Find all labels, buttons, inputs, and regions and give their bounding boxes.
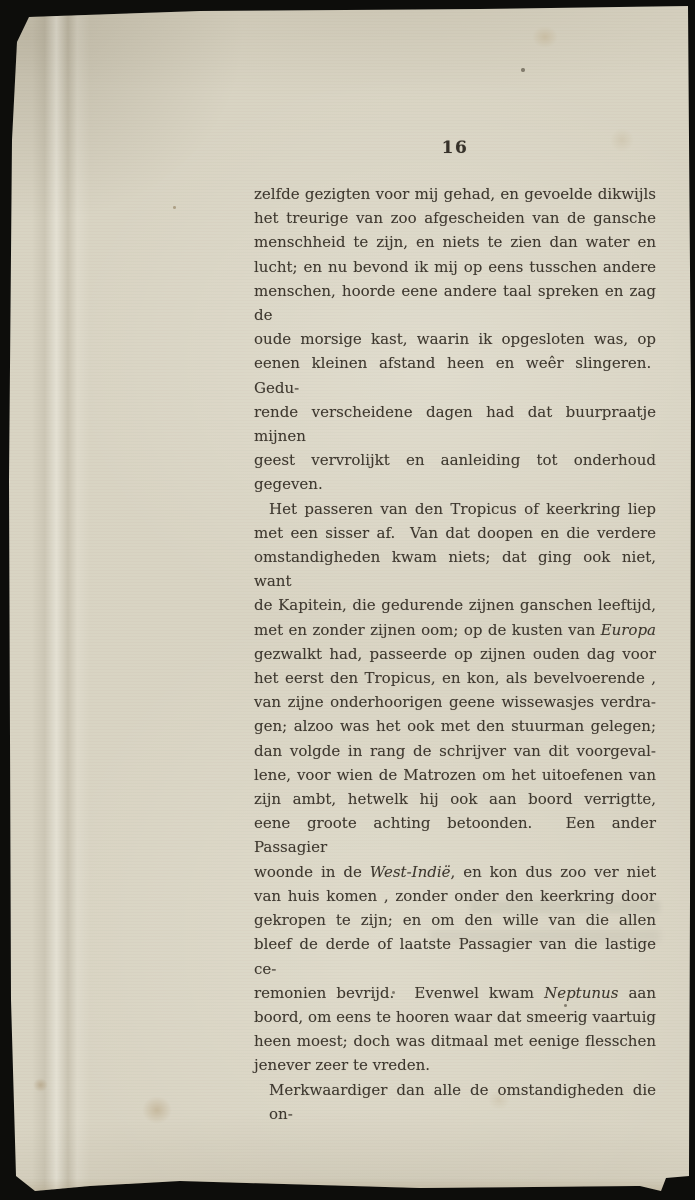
text-line: remonien bevrijd. Evenwel kwam Neptunus …: [254, 981, 656, 1005]
text-line: rende verscheidene dagen had dat buurpra…: [254, 400, 656, 448]
binding-crease: [32, 0, 90, 1200]
text-line: omstandigheden kwam niets; dat ging ook …: [254, 545, 656, 593]
text-line: zijn ambt, hetwelk hij ook aan boord ver…: [254, 787, 656, 811]
text-line: bleef de derde of laatste Passagier van …: [254, 932, 656, 980]
paper-stain: [532, 26, 558, 48]
text-line: met een sisser af. Van dat doopen en die…: [254, 521, 656, 545]
text-line: gen; alzoo was het ook met den stuurman …: [254, 714, 656, 738]
text-line: eenen kleinen afstand heen en weêr sling…: [254, 351, 656, 399]
text-line: lucht; en nu bevond ik mij op eens tussc…: [254, 255, 656, 279]
paper-speck: [521, 68, 525, 72]
text-line: met en zonder zijnen oom; op de kusten v…: [254, 618, 656, 642]
text-line: zelfde gezigten voor mij gehad, en gevoe…: [254, 182, 656, 206]
text-line: Merkwaardiger dan alle de omstandigheden…: [254, 1078, 656, 1126]
text-line: heen moest; doch was ditmaal met eenige …: [254, 1029, 656, 1053]
text-line: dan volgde in rang de schrijver van dit …: [254, 739, 656, 763]
text-line: boord, om eens te hooren waar dat smeeri…: [254, 1005, 656, 1029]
paper-speck: [173, 206, 176, 209]
text-line: oude morsige kast, waarin ik opgesloten …: [254, 327, 656, 351]
paper-stain: [33, 1078, 48, 1092]
text-line: van huis komen , zonder onder den keerkr…: [254, 884, 656, 908]
text-line: menschen, hoorde eene andere taal spreke…: [254, 279, 656, 327]
text-line: Het passeren van den Tropicus of keerkri…: [254, 497, 656, 521]
text-line: gezwalkt had, passeerde op zijnen ouden …: [254, 642, 656, 666]
text-lines: zelfde gezigten voor mij gehad, en gevoe…: [254, 182, 656, 1126]
page-number: 16: [254, 138, 656, 158]
text-line: menschheid te zijn, en niets te zien dan…: [254, 230, 656, 254]
text-line: geest vervrolijkt en aanleiding tot onde…: [254, 448, 656, 496]
text-line: het eerst den Tropicus, en kon, als beve…: [254, 666, 656, 690]
text-line: woonde in de West-Indië, en kon dus zoo …: [254, 860, 656, 884]
text-line: de Kapitein, die gedurende zijnen gansch…: [254, 593, 656, 617]
book-page-scan: 16 zelfde gezigten voor mij gehad, en ge…: [0, 0, 695, 1200]
text-line: lene, voor wien de Matrozen om het uitoe…: [254, 763, 656, 787]
deckle-edge-shading: [0, 1178, 695, 1192]
text-line: gekropen te zijn; en om den wille van di…: [254, 908, 656, 932]
text-line: jenever zeer te vreden.: [254, 1053, 656, 1077]
text-line: eene groote achting betoonden. Een ander…: [254, 811, 656, 859]
text-line: het treurige van zoo afgescheiden van de…: [254, 206, 656, 230]
text-line: van zijne onderhoorigen geene wissewasje…: [254, 690, 656, 714]
text-block: 16 zelfde gezigten voor mij gehad, en ge…: [254, 138, 656, 1126]
paper-stain: [142, 1096, 172, 1124]
